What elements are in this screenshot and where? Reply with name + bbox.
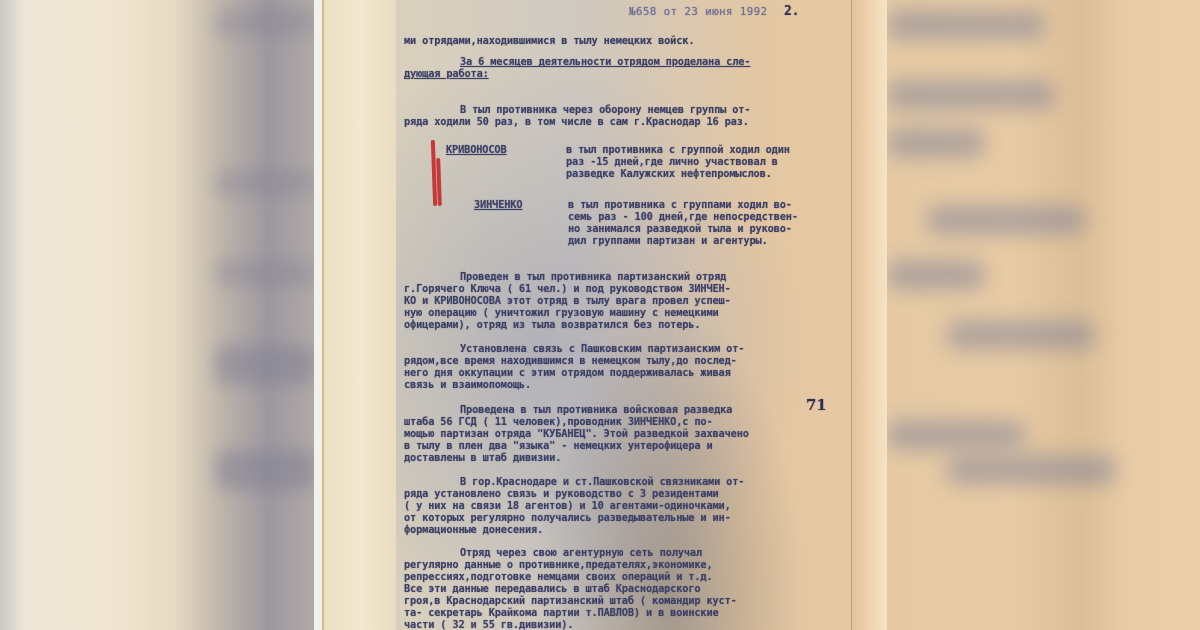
blur-band bbox=[886, 10, 1046, 40]
summary-heading-cont: дующая работа: bbox=[404, 69, 489, 80]
archive-stamp: №658 от 23 июня 1992 bbox=[629, 6, 767, 17]
paragraph-line: В гор.Краснодаре и ст.Пашковской связник… bbox=[460, 477, 744, 488]
paragraph-line: ряда ходили 50 раз, в том числе в сам г.… bbox=[404, 117, 749, 128]
paragraph-line: Проведен в тыл противника партизанский о… bbox=[460, 272, 726, 283]
paragraph-line: та- секретарь Крайкома партии т.ПАВЛОВ) … bbox=[404, 608, 719, 619]
paragraph-line: связь и взаимопомощь. bbox=[404, 380, 531, 391]
person-name: КРИВОНОСОВ bbox=[446, 145, 507, 156]
paragraph-line: части ( 32 и 55 гв.дивизии). bbox=[404, 620, 573, 630]
paragraph-line: гроя,в Краснодарский партизанский штаб (… bbox=[404, 596, 737, 607]
blur-band bbox=[886, 420, 1026, 450]
page-number: 2. bbox=[784, 6, 799, 17]
paragraph-line: в тыл противника с группой ходил один bbox=[566, 145, 790, 156]
paragraph-line: В тыл противника через оборону немцев гр… bbox=[460, 105, 750, 116]
paragraph-line: штаба 56 ГСД ( 11 человек),проводник ЗИН… bbox=[404, 417, 713, 428]
paragraph-line: ряда установлено связь и руководство с 3… bbox=[404, 489, 719, 500]
paragraph-line: формационные донесения. bbox=[404, 525, 543, 536]
paragraph-line: дил группами партизан и агентуры. bbox=[568, 236, 768, 247]
margin-number: 71 bbox=[806, 400, 827, 411]
folder-page-edge bbox=[851, 0, 887, 630]
blurred-background-right bbox=[886, 0, 1200, 630]
blur-band bbox=[215, 10, 315, 36]
blurred-background-left bbox=[0, 0, 316, 630]
paragraph-line: в тыл противника с группами ходил во- bbox=[568, 200, 792, 211]
paragraph-line: рядом,все время находившимся в немецком … bbox=[404, 356, 737, 367]
red-pencil-mark bbox=[436, 158, 442, 206]
paragraph-line: раз -15 дней,где лично участвовал в bbox=[566, 157, 778, 168]
intro-line: ми отрядами,находившимися в тылу немецки… bbox=[404, 36, 694, 47]
blur-band bbox=[215, 450, 315, 490]
paragraph-line: разведке Калужских нефтепромыслов. bbox=[566, 169, 772, 180]
paragraph-line: в тылу в плен два "языка" - немецких унт… bbox=[404, 441, 713, 452]
blur-band bbox=[946, 455, 1116, 485]
blur-band bbox=[926, 205, 1086, 235]
paragraph-line: регулярно данные о противнике,предателях… bbox=[404, 560, 713, 571]
paragraph-line: него дня оккупации с этим отрядом поддер… bbox=[404, 368, 731, 379]
summary-heading: За 6 месяцев деятельности отрядом продел… bbox=[460, 57, 750, 68]
blur-band bbox=[886, 80, 1056, 110]
blur-band bbox=[886, 260, 986, 290]
blur-band bbox=[215, 260, 315, 286]
blur-band bbox=[886, 128, 986, 158]
paragraph-line: офицерами), отряд из тыла возвратился бе… bbox=[404, 320, 700, 331]
blur-band bbox=[946, 320, 1096, 350]
paragraph-line: ( у них на связи 18 агентов) и 10 агента… bbox=[404, 501, 731, 512]
person-name: ЗИНЧЕНКО bbox=[474, 200, 522, 211]
image-divider bbox=[314, 0, 322, 630]
paragraph-line: мощью партизан отряда "КУБАНЕЦ". Этой ра… bbox=[404, 429, 749, 440]
paragraph-line: но занимался разведкой тыла и руково- bbox=[568, 224, 792, 235]
blur-band bbox=[215, 345, 315, 385]
paragraph-line: Отряд через свою агентурную сеть получал bbox=[460, 548, 702, 559]
blur-band bbox=[215, 170, 315, 196]
paragraph-line: доставлены в штаб дивизии. bbox=[404, 453, 561, 464]
paragraph-line: Проведена в тыл противника войсковая раз… bbox=[460, 405, 732, 416]
paragraph-line: Установлена связь с Пашковским партизанс… bbox=[460, 344, 744, 355]
paragraph-line: г.Горячего Ключа ( 61 чел.) и под руково… bbox=[404, 284, 731, 295]
typewritten-document: №658 от 23 июня 1992 2. ми отрядами,нахо… bbox=[396, 0, 851, 630]
paragraph-line: ную операцию ( уничтожил грузовую машину… bbox=[404, 308, 719, 319]
paragraph-line: репрессиях,подготовке немцами своих опер… bbox=[404, 572, 713, 583]
paragraph-line: Все эти данные передавались в штаб Красн… bbox=[404, 584, 700, 595]
folder-page-back bbox=[322, 0, 398, 630]
paragraph-line: КО и КРИВОНОСОВА этот отряд в тылу врага… bbox=[404, 296, 731, 307]
paragraph-line: от которых регулярно получались разведыв… bbox=[404, 513, 731, 524]
paragraph-line: семь раз - 100 дней,где непосредствен- bbox=[568, 212, 798, 223]
